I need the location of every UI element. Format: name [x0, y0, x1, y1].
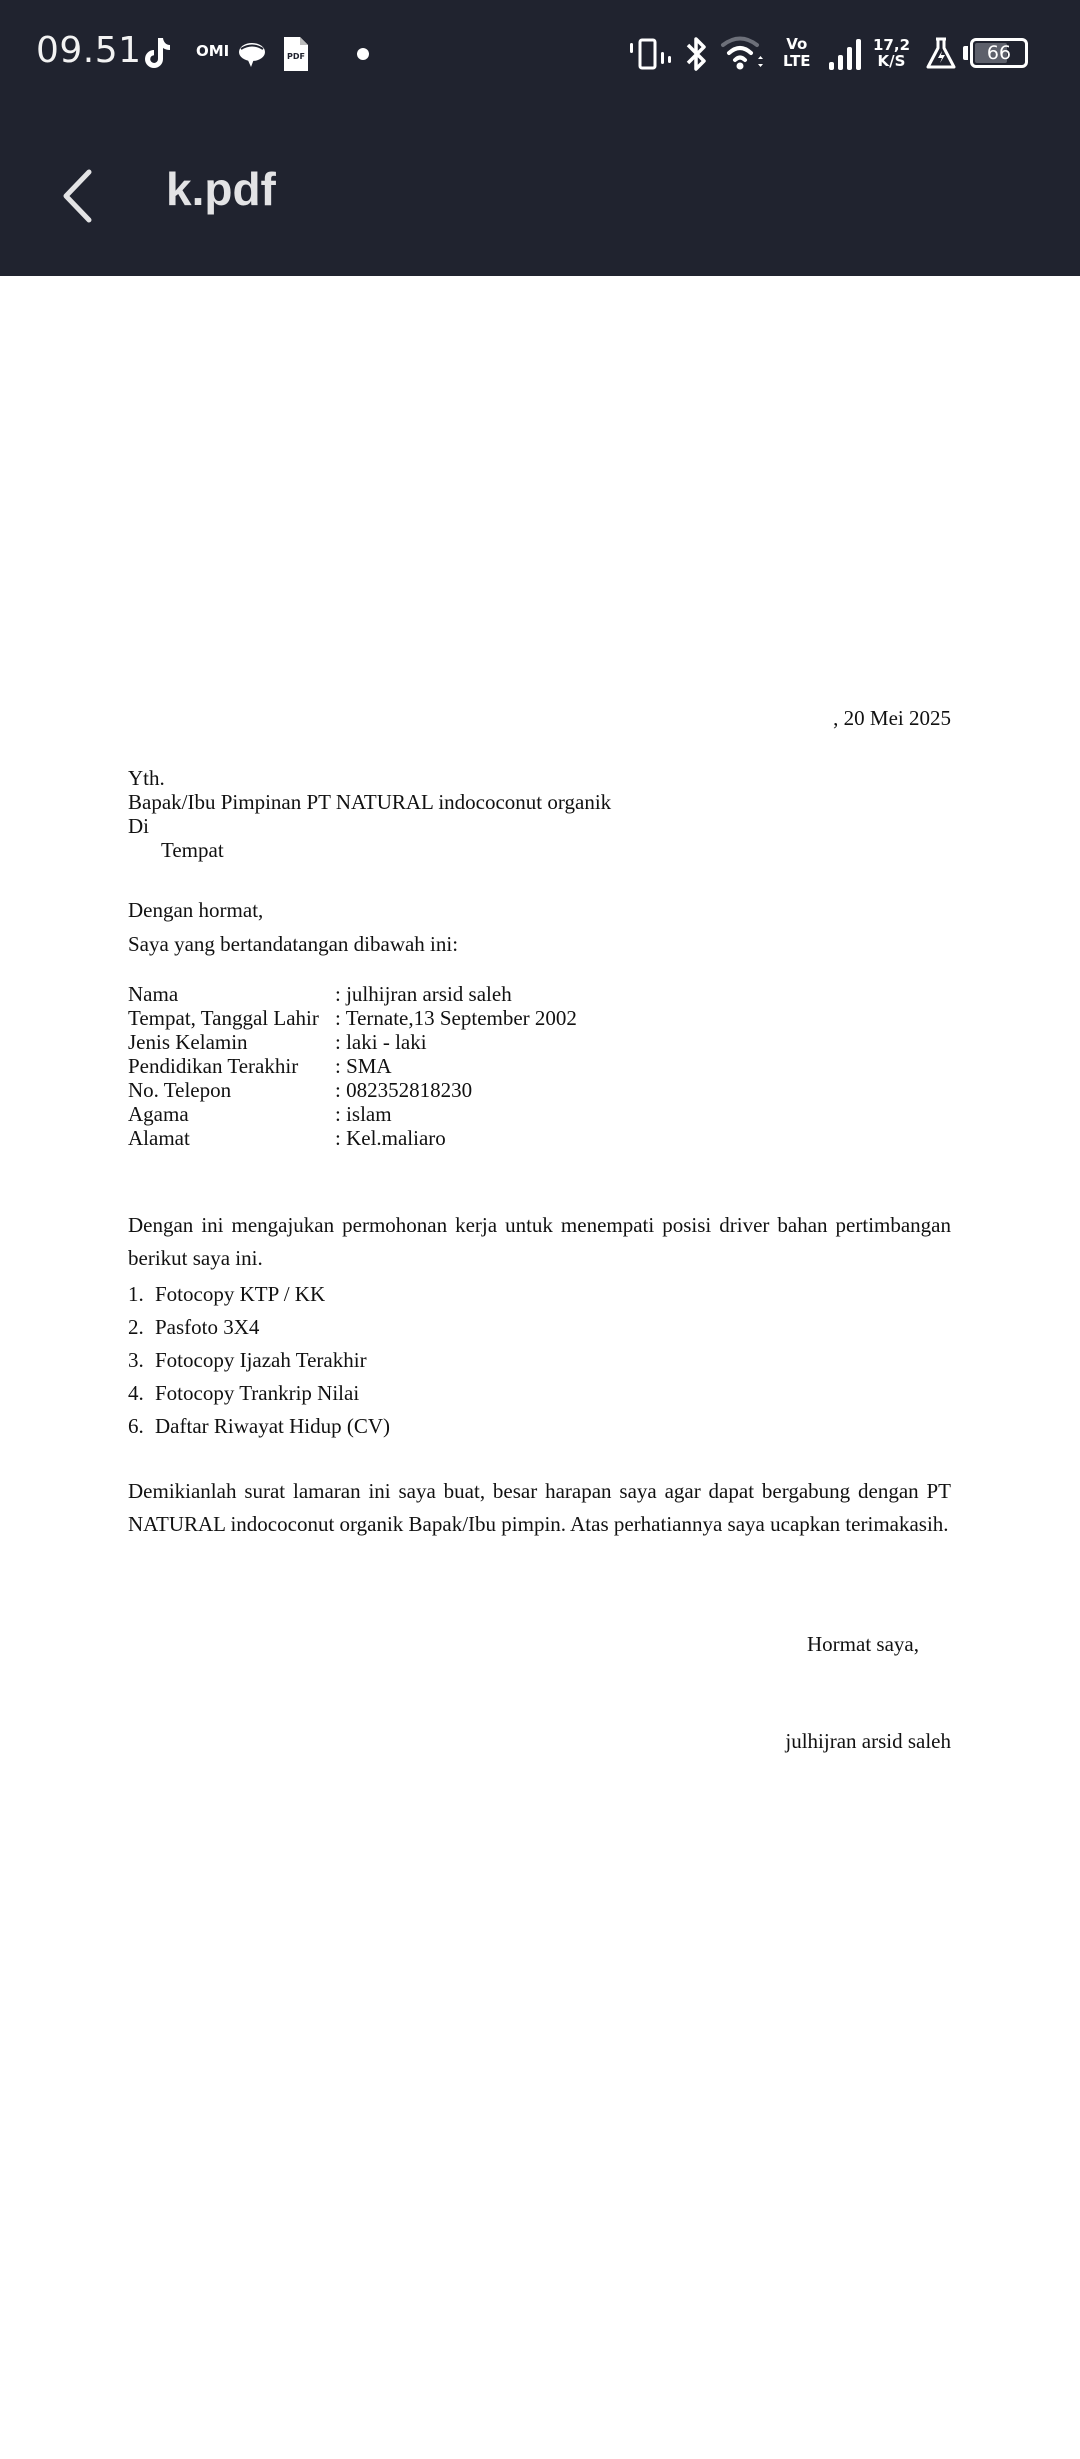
omi-icon: OMI [196, 42, 229, 60]
body-paragraph: Dengan ini mengajukan permohonan kerja u… [128, 1209, 951, 1275]
page-title: k.pdf [166, 162, 276, 216]
recipient-line: Di [128, 814, 611, 838]
recipient-line: Tempat [128, 838, 611, 862]
list-number: 6. [128, 1410, 155, 1443]
bio-label: No. Telepon [128, 1078, 335, 1102]
app-bar: k.pdf [0, 110, 1080, 276]
tiktok-icon [143, 36, 173, 70]
bio-value: : SMA [335, 1054, 392, 1078]
bio-row: Jenis Kelamin: laki - laki [128, 1030, 577, 1054]
volte-bottom: LTE [783, 53, 811, 70]
pdf-file-icon: PDF [284, 37, 308, 71]
signer-name: julhijran arsid saleh [785, 1729, 951, 1754]
bio-value: : Ternate,13 September 2002 [335, 1006, 577, 1030]
list-text: Fotocopy KTP / KK [155, 1278, 325, 1311]
closing-paragraph: Demikianlah surat lamaran ini saya buat,… [128, 1475, 951, 1541]
closing-salutation: Hormat saya, [807, 1632, 919, 1657]
bio-row: No. Telepon: 082352818230 [128, 1078, 577, 1102]
recipient-block: Yth. Bapak/Ibu Pimpinan PT NATURAL indoc… [128, 766, 611, 862]
bio-label: Alamat [128, 1126, 335, 1150]
speed-unit: K/S [873, 53, 910, 69]
list-text: Daftar Riwayat Hidup (CV) [155, 1410, 390, 1443]
bio-row: Alamat: Kel.maliaro [128, 1126, 577, 1150]
pdf-label: PDF [287, 52, 305, 61]
top-bar: 09.51 OMI PDF [0, 0, 1080, 276]
bio-label: Nama [128, 982, 335, 1006]
list-text: Fotocopy Trankrip Nilai [155, 1377, 359, 1410]
pdf-page[interactable]: , 20 Mei 2025 Yth. Bapak/Ibu Pimpinan PT… [0, 276, 1080, 2459]
signal-icon [827, 36, 861, 72]
battery-icon: 66 [970, 38, 1028, 68]
battery-percent: 66 [973, 41, 1025, 65]
volte-icon: Vo LTE [783, 36, 811, 70]
bio-value: : julhijran arsid saleh [335, 982, 512, 1006]
bio-label: Agama [128, 1102, 335, 1126]
bio-value: : Kel.maliaro [335, 1126, 446, 1150]
back-button[interactable] [50, 160, 120, 230]
chat-bubble-icon [237, 40, 267, 70]
list-item: 3.Fotocopy Ijazah Terakhir [128, 1344, 390, 1377]
bio-label: Pendidikan Terakhir [128, 1054, 335, 1078]
list-number: 4. [128, 1377, 155, 1410]
greeting: Dengan hormat, [128, 898, 263, 923]
bio-value: : islam [335, 1102, 392, 1126]
list-number: 3. [128, 1344, 155, 1377]
list-number: 2. [128, 1311, 155, 1344]
network-speed: 17,2 K/S [873, 37, 910, 69]
bio-row: Nama: julhijran arsid saleh [128, 982, 577, 1006]
bio-row: Tempat, Tanggal Lahir: Ternate,13 Septem… [128, 1006, 577, 1030]
chevron-left-icon [50, 160, 120, 230]
dot-icon [357, 48, 369, 60]
bio-value: : laki - laki [335, 1030, 427, 1054]
salutation: Yth. [128, 766, 611, 790]
list-number: 1. [128, 1278, 155, 1311]
bluetooth-icon [684, 35, 710, 73]
status-bar: 09.51 OMI PDF [0, 0, 1080, 110]
attachment-list: 1.Fotocopy KTP / KK 2.Pasfoto 3X4 3.Foto… [128, 1278, 390, 1443]
wifi-icon [720, 34, 766, 72]
bio-label: Jenis Kelamin [128, 1030, 335, 1054]
intro-line: Saya yang bertandatangan dibawah ini: [128, 932, 458, 957]
bio-row: Pendidikan Terakhir: SMA [128, 1054, 577, 1078]
list-item: 4.Fotocopy Trankrip Nilai [128, 1377, 390, 1410]
list-text: Fotocopy Ijazah Terakhir [155, 1344, 367, 1377]
speed-value: 17,2 [873, 37, 910, 53]
list-text: Pasfoto 3X4 [155, 1311, 259, 1344]
volte-top: Vo [783, 36, 811, 53]
bio-row: Agama: islam [128, 1102, 577, 1126]
bio-table: Nama: julhijran arsid saleh Tempat, Tang… [128, 982, 577, 1150]
recipient-line: Bapak/Ibu Pimpinan PT NATURAL indococonu… [128, 790, 611, 814]
list-item: 2.Pasfoto 3X4 [128, 1311, 390, 1344]
status-time: 09.51 [36, 30, 142, 71]
flask-icon [925, 36, 957, 70]
list-item: 6.Daftar Riwayat Hidup (CV) [128, 1410, 390, 1443]
letter-date: , 20 Mei 2025 [833, 706, 951, 731]
bio-value: : 082352818230 [335, 1078, 472, 1102]
bio-label: Tempat, Tanggal Lahir [128, 1006, 335, 1030]
list-item: 1.Fotocopy KTP / KK [128, 1278, 390, 1311]
battery-nub [963, 46, 968, 60]
vibrate-icon [628, 36, 674, 72]
